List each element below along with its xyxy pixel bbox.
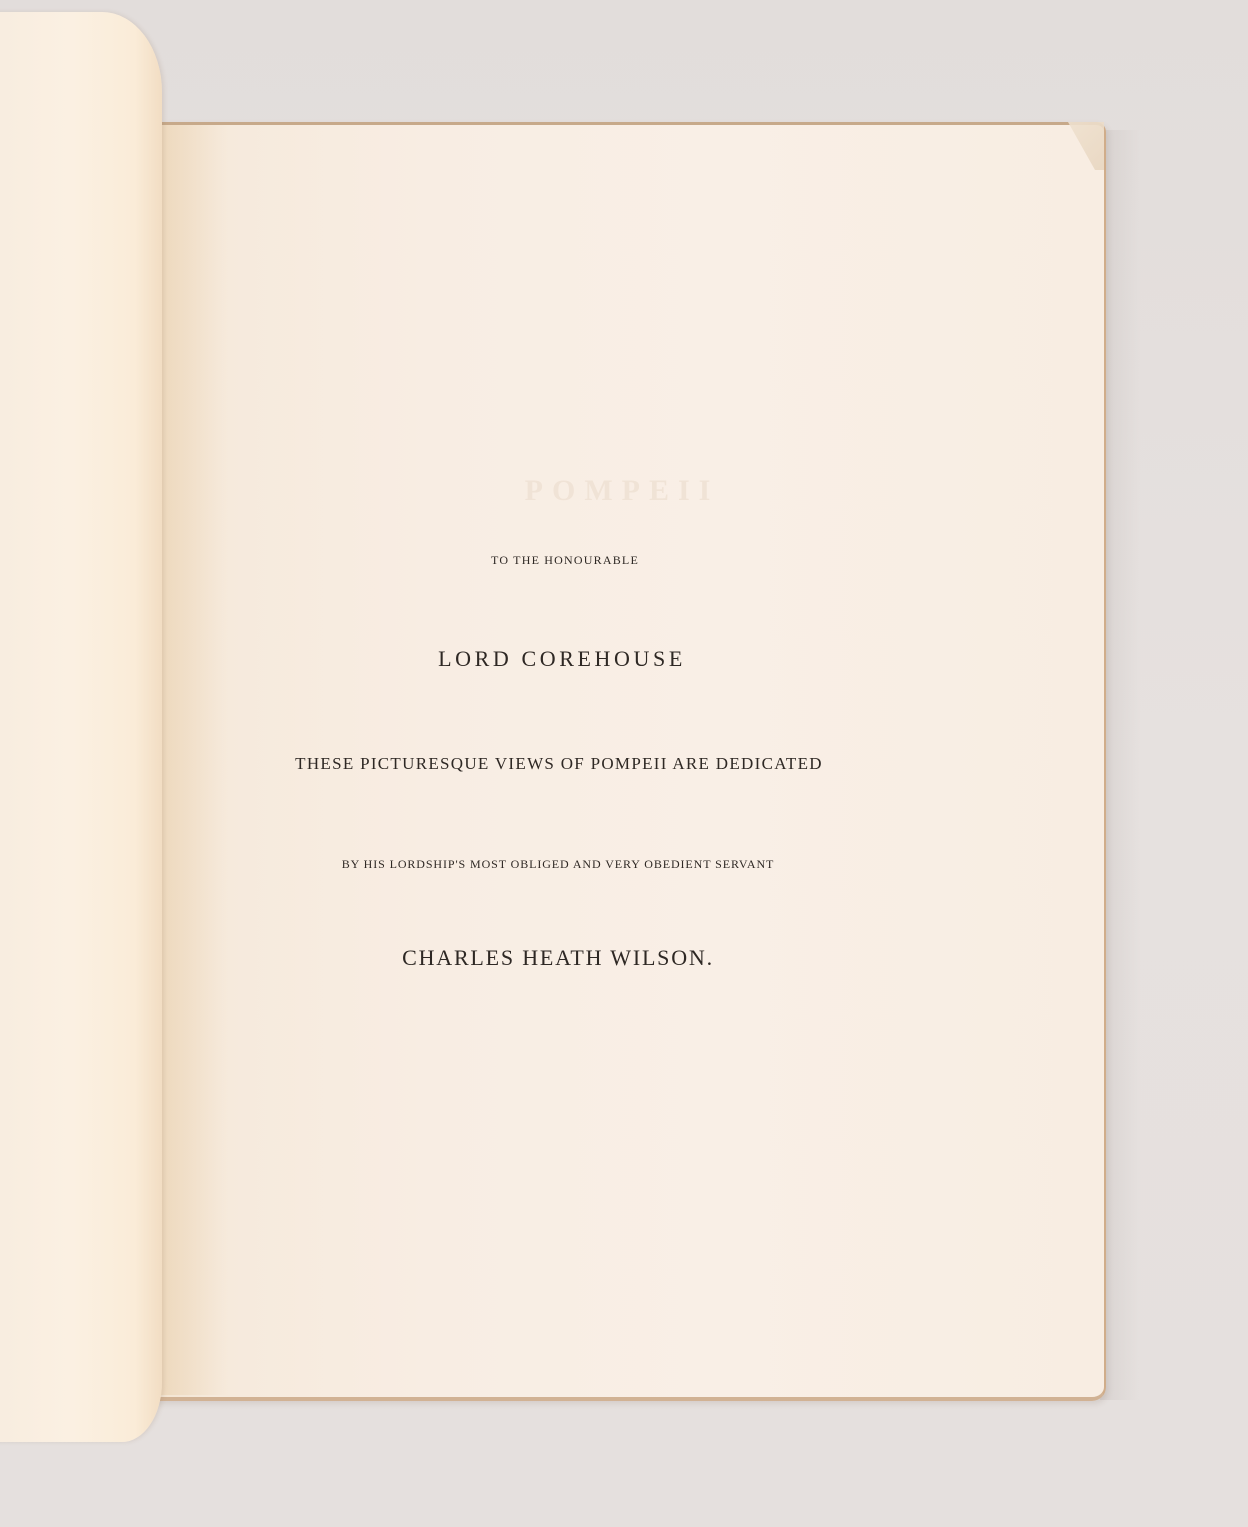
show-through-title: POMPEII	[140, 474, 1104, 508]
dedication-statement: THESE PICTURESQUE VIEWS OF POMPEII ARE D…	[140, 754, 978, 774]
dedication-to-line: TO THE HONOURABLE	[140, 553, 990, 568]
dedication-by-line: BY HIS LORDSHIP'S MOST OBLIGED AND VERY …	[140, 857, 976, 872]
author-name: CHARLES HEATH WILSON.	[140, 945, 976, 971]
page-shadow	[1100, 130, 1140, 1400]
dedicatee-name: LORD COREHOUSE	[140, 646, 984, 672]
left-page-curled	[0, 12, 162, 1442]
